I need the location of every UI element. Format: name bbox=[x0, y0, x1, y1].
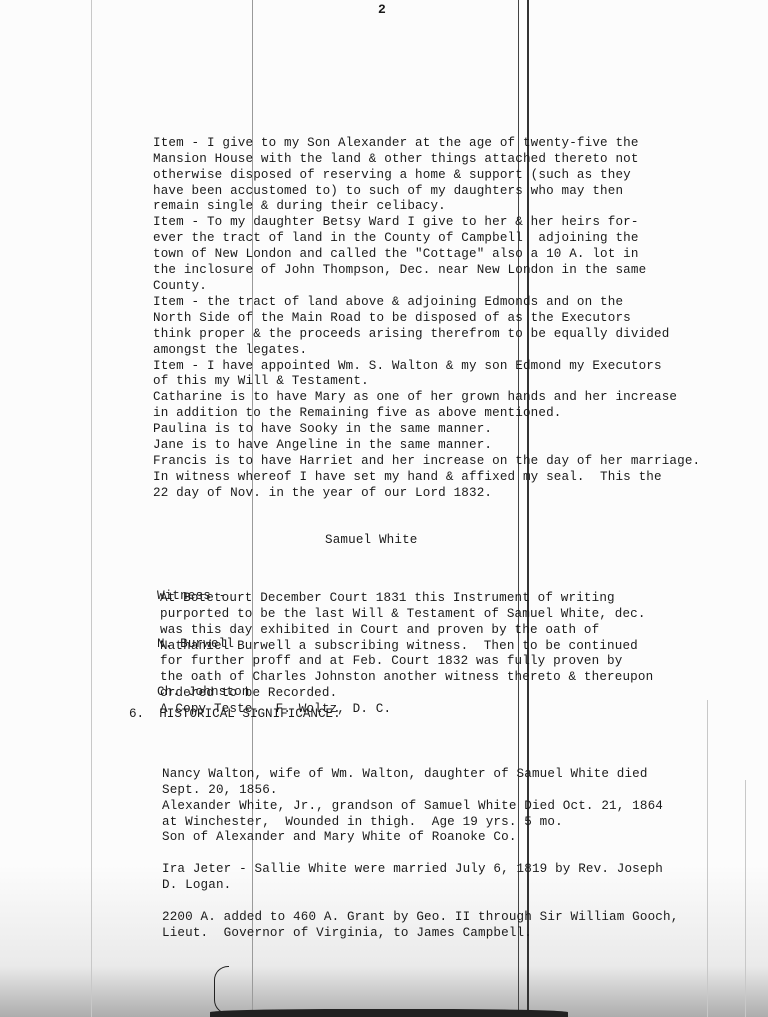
historical-line: at Winchester, Wounded in thigh. Age 19 … bbox=[162, 815, 678, 831]
historical-paragraphs: Nancy Walton, wife of Wm. Walton, daught… bbox=[162, 767, 678, 942]
will-line: town of New London and called the "Cotta… bbox=[153, 247, 700, 263]
will-line: Item - the tract of land above & adjoini… bbox=[153, 295, 700, 311]
court-record-line: was this day exhibited in Court and prov… bbox=[160, 623, 653, 639]
will-line: Item - I have appointed Wm. S. Walton & … bbox=[153, 359, 700, 375]
fold-line bbox=[745, 780, 746, 1017]
handwritten-bracket bbox=[214, 966, 229, 1014]
will-lines: Item - I give to my Son Alexander at the… bbox=[153, 136, 700, 502]
will-line: Jane is to have Angeline in the same man… bbox=[153, 438, 700, 454]
court-record-lines: At Botetourt December Court 1831 this In… bbox=[160, 591, 653, 718]
scan-shadow bbox=[210, 1009, 568, 1017]
will-line: Item - I give to my Son Alexander at the… bbox=[153, 136, 700, 152]
historical-significance-text: Nancy Walton, wife of Wm. Walton, daught… bbox=[162, 735, 678, 974]
historical-line: D. Logan. bbox=[162, 878, 678, 894]
will-line: in addition to the Remaining five as abo… bbox=[153, 406, 700, 422]
court-record: At Botetourt December Court 1831 this In… bbox=[160, 559, 653, 750]
will-line: In witness whereof I have set my hand & … bbox=[153, 470, 700, 486]
historical-line: Nancy Walton, wife of Wm. Walton, daught… bbox=[162, 767, 678, 783]
court-record-line: the oath of Charles Johnston another wit… bbox=[160, 670, 653, 686]
will-line: 22 day of Nov. in the year of our Lord 1… bbox=[153, 486, 700, 502]
historical-line: 2200 A. added to 460 A. Grant by Geo. II… bbox=[162, 910, 678, 926]
will-line: remain single & during their celibacy. bbox=[153, 199, 700, 215]
will-line: Paulina is to have Sooky in the same man… bbox=[153, 422, 700, 438]
court-record-line: At Botetourt December Court 1831 this In… bbox=[160, 591, 653, 607]
will-line: North Side of the Main Road to be dispos… bbox=[153, 311, 700, 327]
court-record-line: ordered to be Recorded. bbox=[160, 686, 653, 702]
page-number: 2 bbox=[378, 2, 386, 17]
court-record-line: purported to be the last Will & Testamen… bbox=[160, 607, 653, 623]
will-line: amongst the legates. bbox=[153, 343, 700, 359]
section-title: HISTORICAL SIGNIFICANCE: bbox=[159, 707, 340, 721]
will-line: Item - To my daughter Betsy Ward I give … bbox=[153, 215, 700, 231]
will-line: ever the tract of land in the County of … bbox=[153, 231, 700, 247]
fold-line bbox=[91, 0, 92, 1017]
will-line: County. bbox=[153, 279, 700, 295]
section-number: 6. bbox=[129, 707, 144, 721]
historical-line: Ira Jeter - Sallie White were married Ju… bbox=[162, 862, 678, 878]
paragraph-gap bbox=[162, 846, 678, 862]
will-line: Catharine is to have Mary as one of her … bbox=[153, 390, 700, 406]
historical-line: Son of Alexander and Mary White of Roano… bbox=[162, 830, 678, 846]
section-heading: 6. HISTORICAL SIGNIFICANCE: bbox=[129, 707, 341, 721]
will-line: of this my Will & Testament. bbox=[153, 374, 700, 390]
historical-line: Alexander White, Jr., grandson of Samuel… bbox=[162, 799, 678, 815]
historical-line: Lieut. Governor of Virginia, to James Ca… bbox=[162, 926, 678, 942]
signature: Samuel White bbox=[153, 533, 700, 549]
court-record-line: Nathaniel Burwell a subscribing witness.… bbox=[160, 639, 653, 655]
document-page: 2 Item - I give to my Son Alexander at t… bbox=[0, 0, 768, 1017]
will-line: otherwise disposed of reserving a home &… bbox=[153, 168, 700, 184]
paragraph-gap bbox=[162, 894, 678, 910]
historical-line: Sept. 20, 1856. bbox=[162, 783, 678, 799]
will-line: think proper & the proceeds arising ther… bbox=[153, 327, 700, 343]
fold-line bbox=[707, 700, 708, 1017]
will-line: the inclosure of John Thompson, Dec. nea… bbox=[153, 263, 700, 279]
will-line: have been accustomed to) to such of my d… bbox=[153, 184, 700, 200]
will-line: Mansion House with the land & other thin… bbox=[153, 152, 700, 168]
will-line: Francis is to have Harriet and her incre… bbox=[153, 454, 700, 470]
court-record-line: for further proff and at Feb. Court 1832… bbox=[160, 654, 653, 670]
